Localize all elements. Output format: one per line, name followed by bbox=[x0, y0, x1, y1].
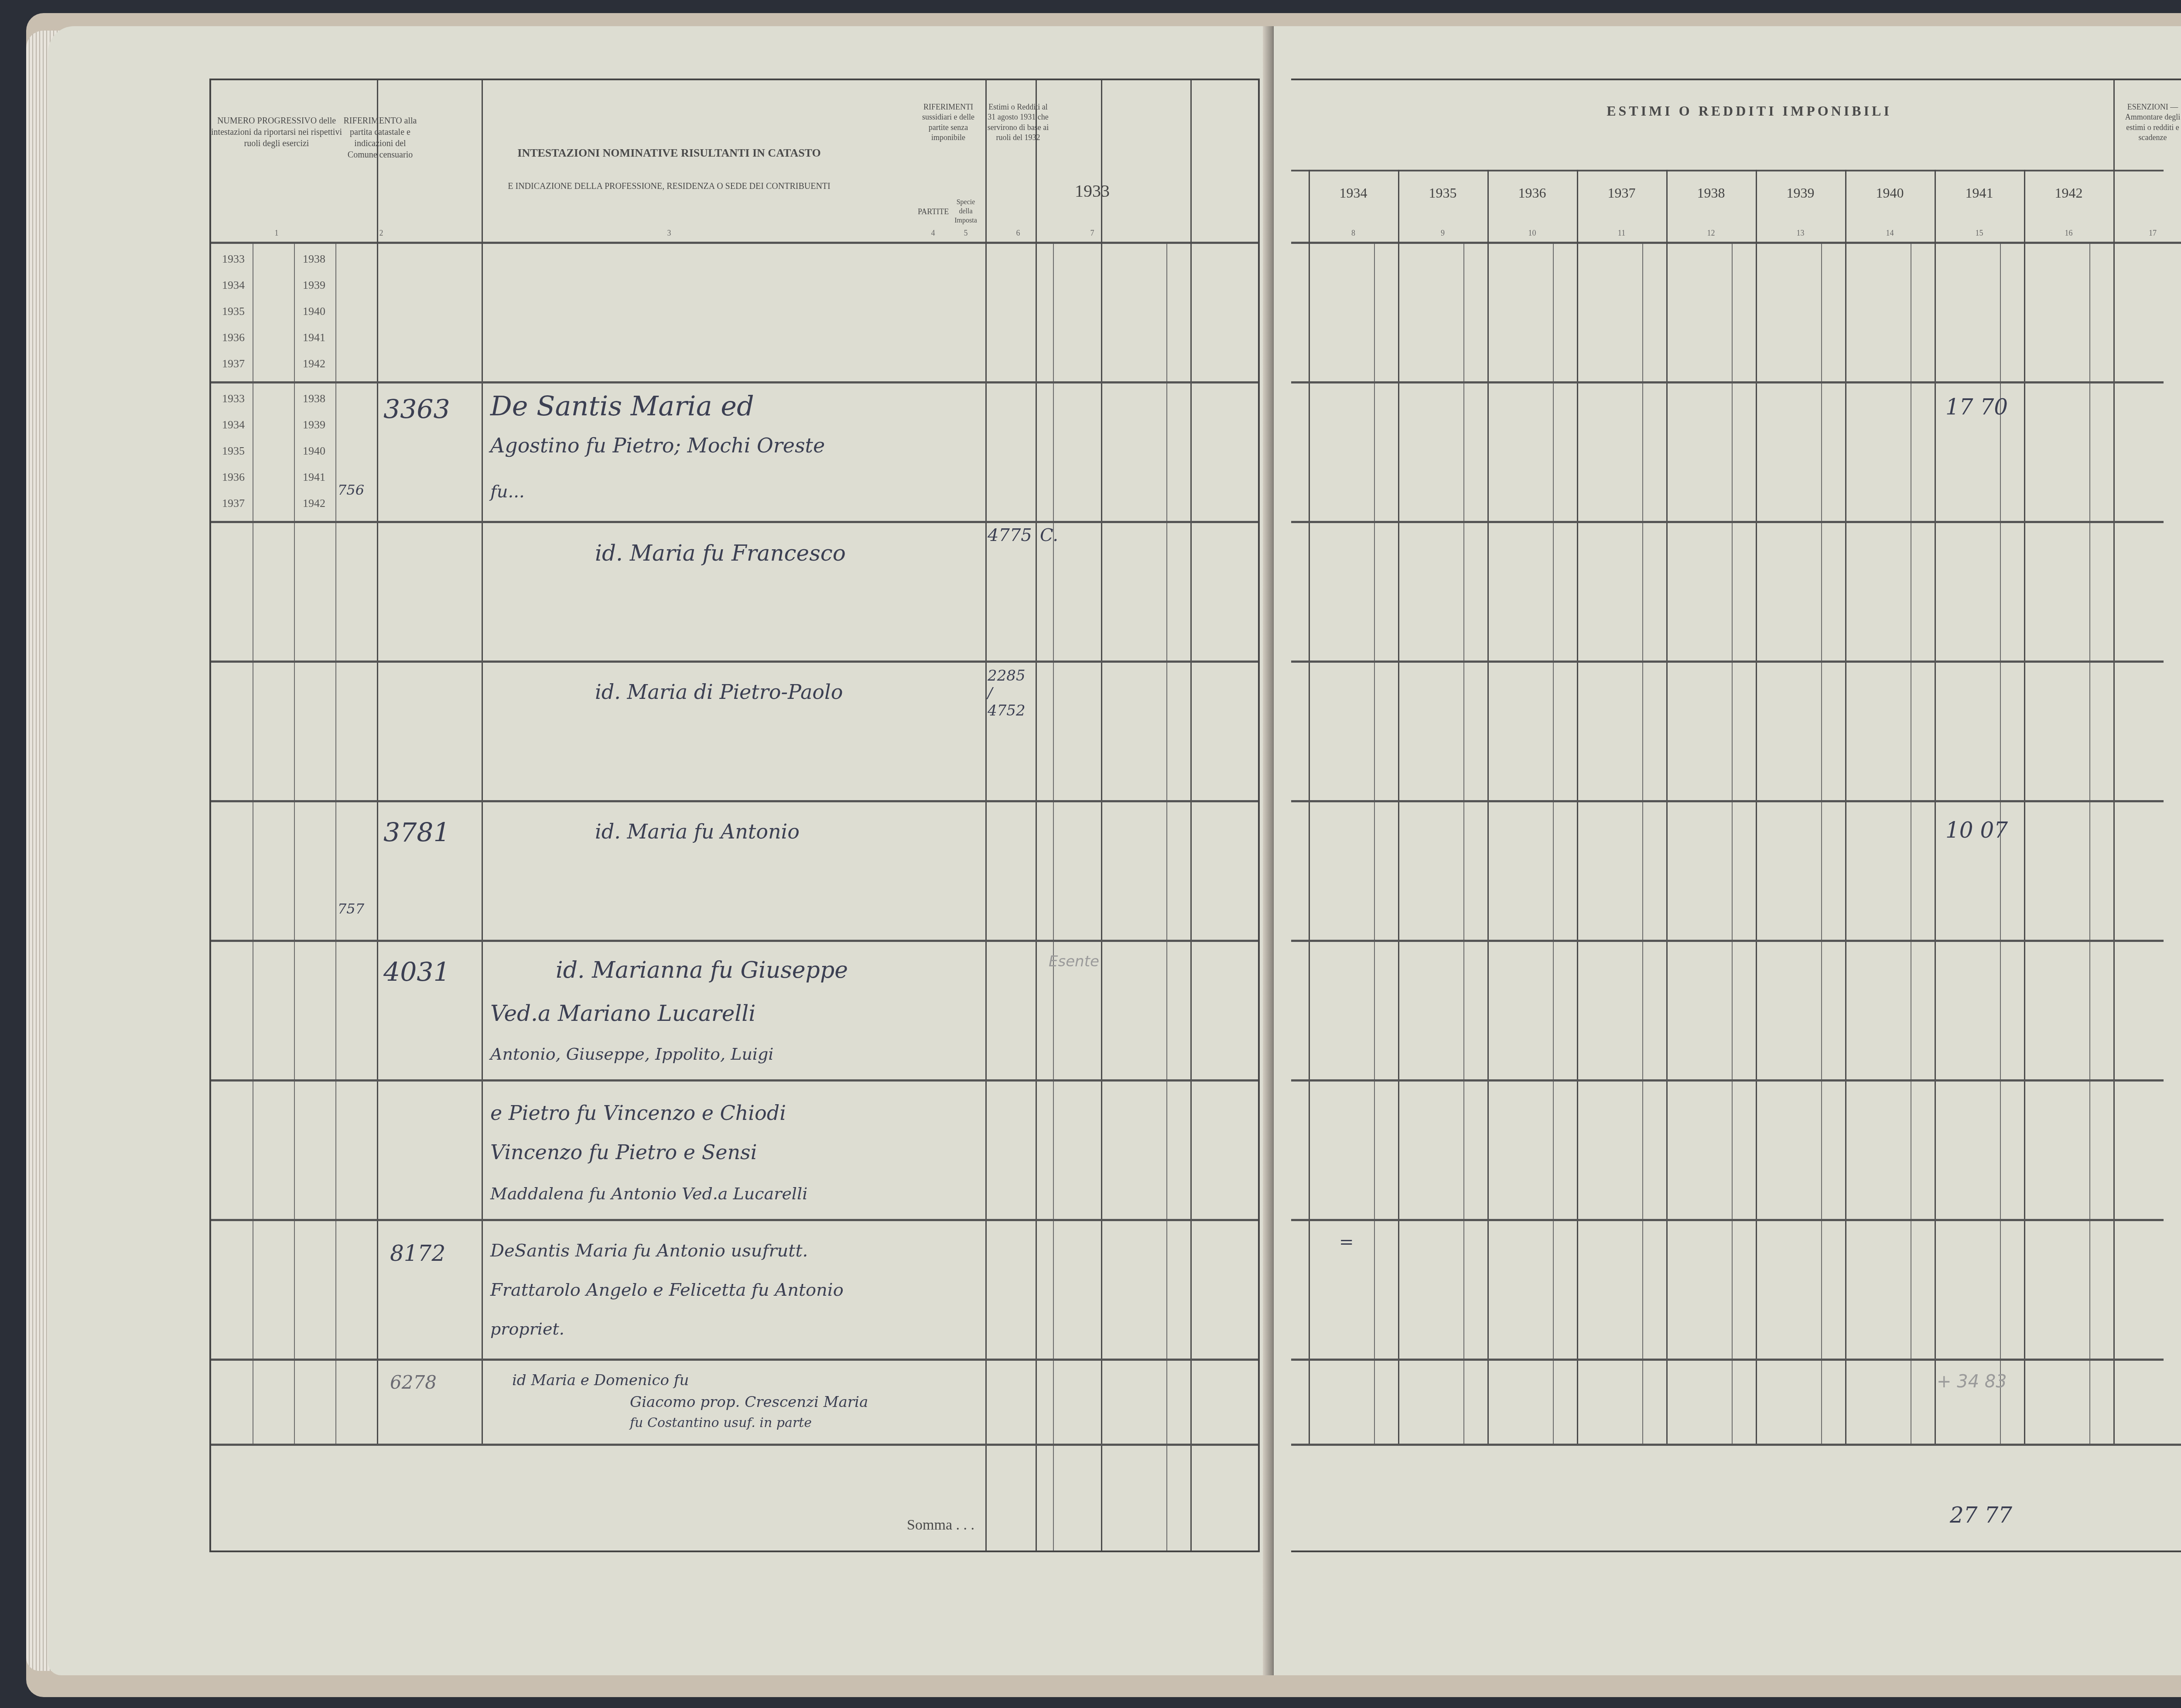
header-riferimento: RIFERIMENTO alla partita catastale e ind… bbox=[342, 115, 418, 161]
col-divider bbox=[1756, 170, 1757, 1446]
entry-col6-pencil: Esente bbox=[1049, 953, 1099, 970]
year-col-1937: 1937 bbox=[1577, 185, 1666, 201]
cents-divider bbox=[1553, 244, 1554, 1446]
cents-divider bbox=[1911, 244, 1911, 1446]
entry-line: e Pietro fu Vincenzo e Chiodi bbox=[490, 1101, 786, 1125]
col-divider bbox=[1398, 170, 1399, 1446]
entry-partite: 4775 bbox=[988, 525, 1032, 545]
header-esenzioni: ESENZIONI — Ammontare degli estimi o red… bbox=[2116, 102, 2181, 143]
row-divider bbox=[211, 1079, 1258, 1082]
col-divider bbox=[1935, 170, 1936, 1446]
col-number-5: 5 bbox=[957, 229, 974, 238]
entry-line: Vincenzo fu Pietro e Sensi bbox=[490, 1140, 757, 1164]
cents-divider bbox=[1821, 244, 1822, 1446]
col-divider bbox=[1053, 244, 1054, 1551]
right-register-table: ESTIMI O REDDITI IMPONIBILI 1934 1935 19… bbox=[1291, 79, 2181, 1552]
row-divider bbox=[1291, 940, 2164, 942]
col-divider bbox=[2024, 170, 2025, 1446]
year-col-1942: 1942 bbox=[2024, 185, 2113, 201]
row-divider bbox=[211, 1219, 1258, 1221]
col-number-4: 4 bbox=[924, 229, 942, 238]
entry-line: Agostino fu Pietro; Mochi Oreste bbox=[490, 434, 825, 457]
header-intestazioni-sub: E INDICAZIONE DELLA PROFESSIONE, RESIDEN… bbox=[425, 181, 913, 192]
right-page: Mod. 111 - Imposte Dirette (Intercalare)… bbox=[1274, 26, 2181, 1675]
cents-divider bbox=[2000, 244, 2001, 1446]
entry-line: id. Maria fu Francesco bbox=[595, 541, 846, 566]
col-divider bbox=[1166, 244, 1167, 1551]
col-divider bbox=[2113, 80, 2115, 1446]
col-number-6: 6 bbox=[1009, 229, 1027, 238]
entry-line: id. Marianna fu Giuseppe bbox=[556, 957, 848, 983]
form-code: Mod. 111 - Imposte Dirette (Intercalare)… bbox=[2146, 35, 2181, 48]
header-estimi-1931: Estimi o Redditi al 31 agosto 1931 che s… bbox=[985, 102, 1051, 143]
row-divider bbox=[1291, 381, 2164, 383]
col-divider bbox=[1666, 170, 1668, 1446]
col-divider bbox=[1101, 80, 1102, 1551]
row-divider bbox=[211, 381, 1258, 383]
left-register-table: NUMERO PROGRESSIVO delle intestazioni da… bbox=[209, 79, 1260, 1552]
header-numero-progressivo: NUMERO PROGRESSIVO delle intestazioni da… bbox=[211, 115, 342, 149]
entry-line: id Maria e Domenico fu bbox=[512, 1372, 689, 1389]
col-divider bbox=[1577, 170, 1578, 1446]
col-number-3: 3 bbox=[660, 229, 678, 238]
entry-partite: 2285 / 4752 bbox=[988, 667, 1031, 719]
header-partite: PARTITE bbox=[918, 207, 948, 217]
entry-line: fu... bbox=[490, 482, 525, 502]
col-divider bbox=[335, 244, 336, 1446]
row-divider bbox=[211, 940, 1258, 942]
entry-line: Maddalena fu Antonio Ved.a Lucarelli bbox=[490, 1184, 807, 1203]
year-col-1939: 1939 bbox=[1756, 185, 1845, 201]
row-divider bbox=[1291, 1444, 2181, 1446]
year-col-1934: 1934 bbox=[1309, 185, 1398, 201]
row-divider bbox=[1291, 1079, 2164, 1082]
col-number-7: 7 bbox=[1084, 229, 1101, 238]
header-specie: Specie della Imposta bbox=[950, 198, 981, 225]
col-divider bbox=[253, 244, 253, 1446]
year-col-1936: 1936 bbox=[1487, 185, 1577, 201]
row-divider bbox=[1291, 661, 2164, 663]
cents-divider bbox=[1463, 244, 1464, 1446]
entry-line: DeSantis Maria fu Antonio usufrutt. bbox=[490, 1241, 808, 1261]
col-number-2: 2 bbox=[373, 229, 390, 238]
row-divider bbox=[211, 661, 1258, 663]
entry-line: Antonio, Giuseppe, Ippolito, Luigi bbox=[490, 1044, 774, 1064]
col-divider bbox=[482, 80, 483, 1446]
year-col-1940: 1940 bbox=[1845, 185, 1935, 201]
entry-line: propriet. bbox=[490, 1319, 564, 1338]
row-divider bbox=[211, 1359, 1258, 1361]
col-divider bbox=[377, 80, 378, 1446]
year-col-1935: 1935 bbox=[1398, 185, 1487, 201]
col-divider bbox=[1845, 170, 1846, 1446]
col-divider bbox=[1487, 170, 1489, 1446]
col-divider bbox=[294, 244, 295, 1446]
entry-line: De Santis Maria ed bbox=[490, 390, 754, 422]
left-page: NUMERO PROGRESSIVO delle intestazioni da… bbox=[48, 26, 1269, 1675]
col-divider bbox=[1309, 170, 1310, 1446]
entry-partita: 3363 bbox=[383, 394, 450, 425]
row-divider bbox=[1291, 1359, 2164, 1361]
somma-label: Somma . . . bbox=[844, 1516, 974, 1535]
entry-line: fu Costantino usuf. in parte bbox=[630, 1415, 812, 1431]
entry-partita: 4031 bbox=[383, 957, 450, 988]
value-1941-pencil: + 34 83 bbox=[1937, 1372, 2007, 1392]
entry-line: id. Maria di Pietro-Paolo bbox=[595, 680, 843, 704]
header-year-1933: 1933 bbox=[1057, 181, 1127, 201]
entry-side-note: 756 bbox=[338, 482, 364, 498]
cents-divider bbox=[1374, 244, 1375, 1446]
years-header-divider bbox=[1291, 170, 2164, 171]
entry-line: Giacomo prop. Crescenzi Maria bbox=[630, 1393, 868, 1411]
value-1941: 17 70 bbox=[1945, 394, 2008, 420]
cents-divider bbox=[2089, 244, 2090, 1446]
value-1934-mark: = bbox=[1339, 1232, 1354, 1252]
row-divider bbox=[1291, 1219, 2164, 1221]
cents-divider bbox=[1732, 244, 1733, 1446]
entry-specie: C. bbox=[1040, 525, 1058, 545]
entry-partita: 8172 bbox=[390, 1241, 445, 1266]
entry-line: Ved.a Mariano Lucarelli bbox=[490, 1001, 755, 1026]
col-number-17: 17 bbox=[2116, 229, 2181, 238]
col-number-1: 1 bbox=[268, 229, 285, 238]
entry-partita: 6278 bbox=[390, 1372, 437, 1393]
value-1941: 10 07 bbox=[1945, 818, 2008, 843]
header-divider bbox=[1291, 242, 2181, 244]
somma-1941: 27 77 bbox=[1950, 1503, 2012, 1528]
cents-divider bbox=[1642, 244, 1643, 1446]
entry-side-note: 757 bbox=[338, 900, 364, 917]
row-divider bbox=[1291, 521, 2164, 523]
entry-line: Frattarolo Angelo e Felicetta fu Antonio bbox=[490, 1280, 844, 1300]
col-divider bbox=[1190, 80, 1192, 1551]
row-divider bbox=[211, 1444, 1258, 1446]
row-divider bbox=[211, 800, 1258, 802]
header-riferimenti: RIFERIMENTI sussidiari e delle partite s… bbox=[918, 102, 979, 143]
row-divider bbox=[1291, 800, 2164, 802]
entry-partita: 3781 bbox=[383, 818, 450, 848]
year-col-1938: 1938 bbox=[1666, 185, 1756, 201]
row-divider bbox=[211, 521, 1258, 523]
col-divider bbox=[1036, 80, 1037, 1551]
year-col-1941: 1941 bbox=[1935, 185, 2024, 201]
estimi-title: ESTIMI O REDDITI IMPONIBILI bbox=[1378, 102, 2120, 120]
entry-line: id. Maria fu Antonio bbox=[595, 820, 800, 843]
header-intestazioni: INTESTAZIONI NOMINATIVE RISULTANTI IN CA… bbox=[425, 146, 913, 161]
col-divider bbox=[985, 80, 987, 1551]
